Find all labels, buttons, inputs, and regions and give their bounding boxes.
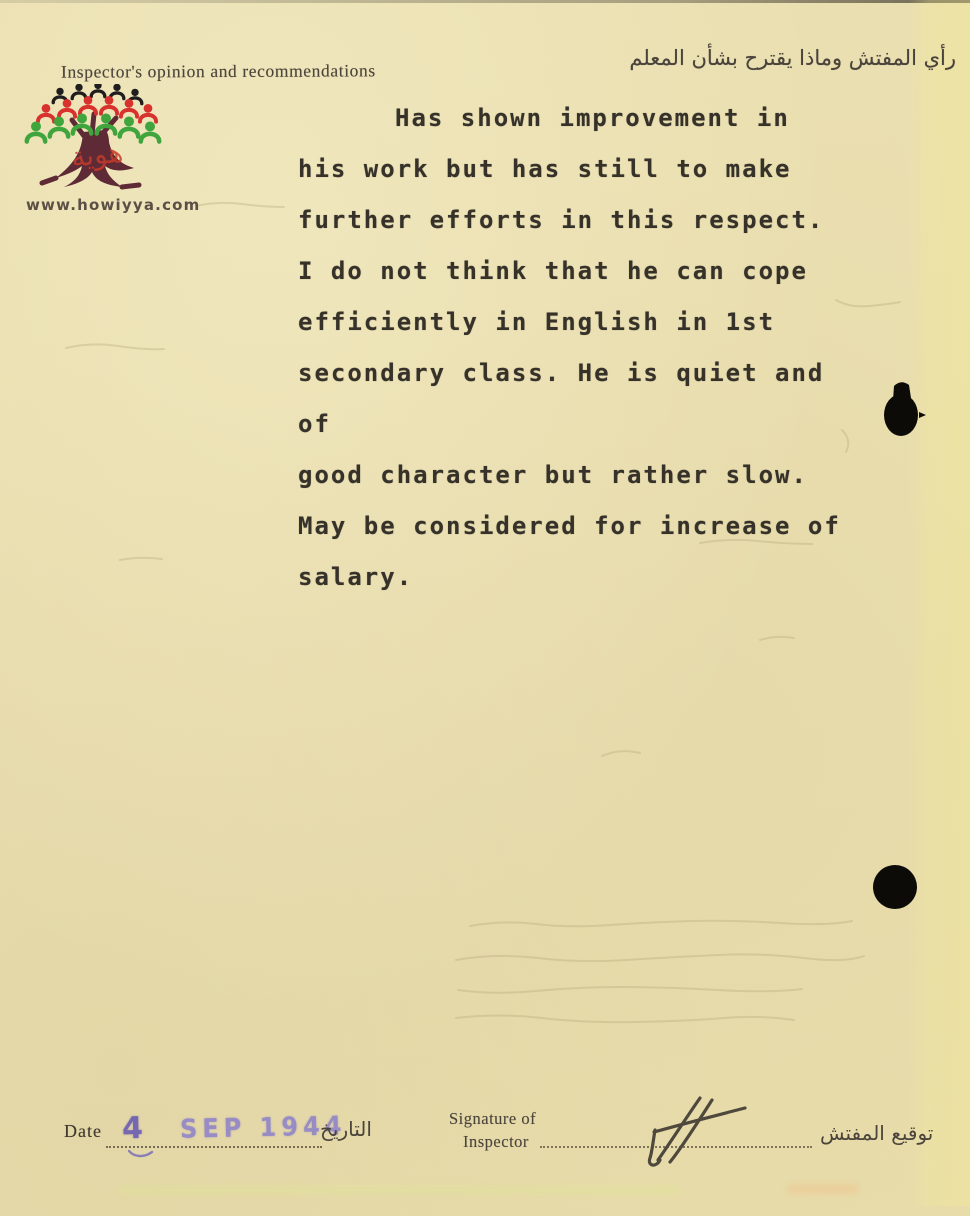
form-title-english: Inspector's opinion and recommendations [61,60,376,82]
typed-line: salary. [298,552,858,603]
scan-top-edge [0,0,970,3]
logo-calligraphy: هوية [69,135,124,173]
scan-right-band [908,0,970,1206]
stamp-day: 4 [122,1111,144,1146]
typed-remarks: Has shown improvement in his work but ha… [298,93,858,603]
typed-line: Has shown improvement in [298,93,858,144]
hole-punch-top [874,378,932,440]
signature-label-line2: Inspector [463,1132,536,1152]
signature-label-line1: Signature of [449,1109,536,1128]
signature-label-en: Signature of Inspector [449,1109,536,1152]
typed-line: good character but rather slow. [298,450,858,501]
scan-tint-spot [788,1184,858,1194]
typed-line: efficiently in English in 1st [298,297,858,348]
howiyya-tree-logo: هوية [22,84,178,190]
inspector-signature [628,1086,758,1176]
date-stamp: 4 SEP 1944 [122,1107,347,1147]
typed-line: his work but has still to make [298,144,858,195]
scanned-document-page: Inspector's opinion and recommendations … [0,0,970,1216]
hole-punch-bottom [871,863,921,913]
date-label-en: Date [64,1121,102,1142]
typed-line: further efforts in this respect. [298,195,858,246]
howiyya-watermark: هوية www.howiyya.com [22,84,182,214]
scan-tint-artifact [120,1186,680,1194]
typed-line: I do not think that he can cope [298,246,858,297]
typed-line: May be considered for increase of [298,501,858,552]
date-pen-mark [126,1147,156,1163]
date-label-arabic: التاريخ [320,1117,372,1141]
signature-label-arabic: توقيع المفتش [820,1121,933,1145]
typed-line: secondary class. He is quiet and of [298,348,858,450]
howiyya-url: www.howiyya.com [26,196,182,214]
form-title-arabic: رأي المفتش وماذا يقترح بشأن المعلم [629,46,956,70]
